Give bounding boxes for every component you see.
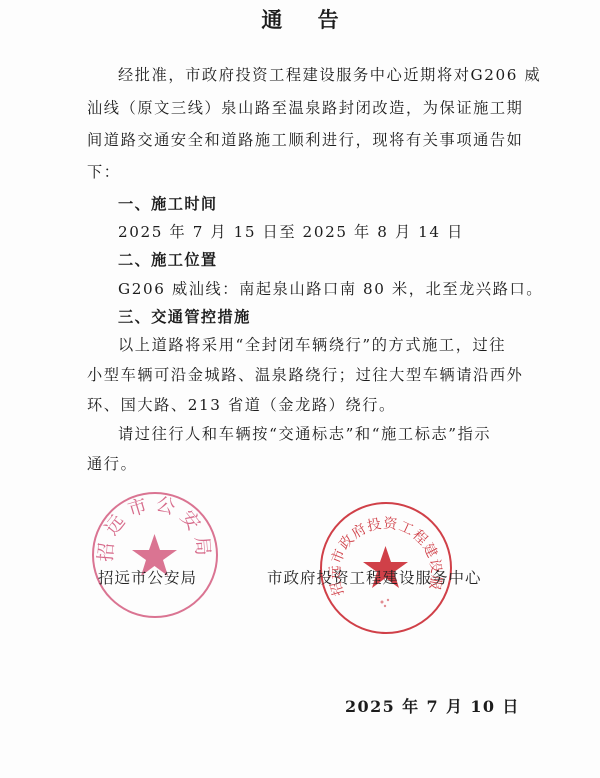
section-body-traffic-3: 环、国大路、213 省道（金龙路）绕行。 xyxy=(87,395,396,415)
section-body-time: 2025 年 7 月 15 日至 2025 年 8 月 14 日 xyxy=(118,222,464,242)
intro-line-3: 间道路交通安全和道路施工顺利进行，现将有关事项通告如 xyxy=(87,130,523,150)
signatory-investment-center: 市政府投资工程建设服务中心 xyxy=(267,566,482,588)
signatory-police-bureau: 招远市公安局 xyxy=(98,566,197,588)
notice-document: 通 告 经批准，市政府投资工程建设服务中心近期将对G206 威 汕线（原文三线）… xyxy=(0,0,600,778)
section-heading-time: 一、施工时间 xyxy=(118,194,218,214)
closing-line-1: 请过往行人和车辆按“交通标志”和“施工标志”指示 xyxy=(118,424,491,444)
intro-line-1: 经批准，市政府投资工程建设服务中心近期将对G206 威 xyxy=(118,65,541,85)
intro-line-2: 汕线（原文三线）泉山路至温泉路封闭改造，为保证施工期 xyxy=(87,98,523,118)
closing-line-2: 通行。 xyxy=(87,454,137,474)
section-body-traffic-1: 以上道路将采用“全封闭车辆绕行”的方式施工，过往 xyxy=(118,335,506,355)
intro-line-4: 下： xyxy=(87,162,121,182)
notice-date: 2025 年 7 月 10 日 xyxy=(345,694,520,717)
section-heading-location: 二、施工位置 xyxy=(118,250,218,270)
police-bureau-stamp: 招远市公安局 xyxy=(92,492,218,618)
section-heading-traffic: 三、交通管控措施 xyxy=(118,307,251,327)
section-body-location: G206 威汕线：南起泉山路口南 80 米，北至龙兴路口。 xyxy=(118,279,543,299)
stamp-star-icon: 招远市公安局 xyxy=(94,494,215,615)
section-body-traffic-2: 小型车辆可沿金城路、温泉路绕行；过往大型车辆请沿西外 xyxy=(87,365,523,385)
notice-title: 通 告 xyxy=(0,4,600,34)
